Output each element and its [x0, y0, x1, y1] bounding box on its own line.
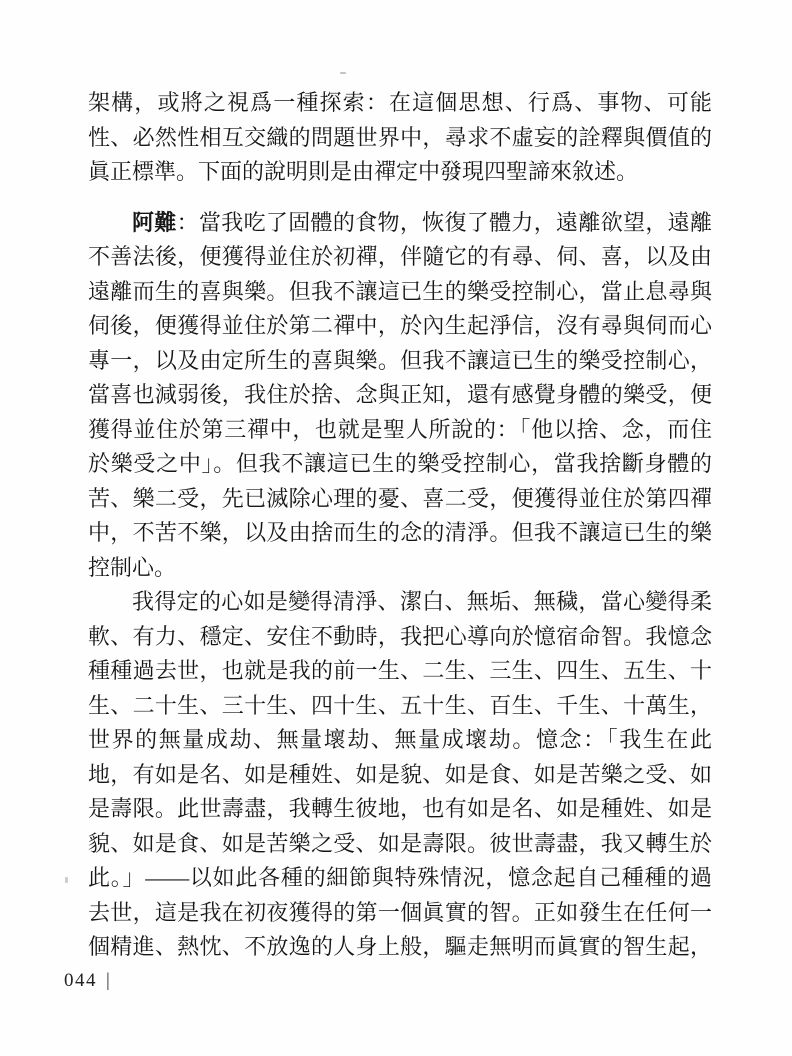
text-line: 貌、如是食、如是苦樂之受、如是壽限。彼世壽盡，我又轉生於 [88, 827, 712, 862]
text-line: 地，有如是名、如是種姓、如是貌、如是食、如是苦樂之受、如 [88, 758, 712, 793]
text-line: 此。」——以如此各種的細節與特殊情況，憶念起自己種種的過 [88, 861, 712, 896]
text-line: 伺後，便獲得並住於第二禪中，於內生起淨信，沒有尋與伺而心 [88, 309, 712, 344]
text-line: 我得定的心如是變得清淨、潔白、無垢、無穢，當心變得柔 [88, 585, 712, 620]
text-line: 遠離而生的喜與樂。但我不讓這已生的樂受控制心，當止息尋與 [88, 275, 712, 310]
text-line: 是壽限。此世壽盡，我轉生彼地，也有如是名、如是種姓、如是 [88, 792, 712, 827]
text-line: 不善法後，便獲得並住於初禪，伴隨它的有尋、伺、喜，以及由 [88, 240, 712, 275]
text-line: 專一，以及由定所生的喜與樂。但我不讓這已生的樂受控制心， [88, 344, 712, 379]
text-line: 中，不苦不樂，以及由捨而生的念的清淨。但我不讓這已生的樂 [88, 516, 712, 551]
footer-divider: | [97, 970, 111, 991]
text-line: 苦、樂二受，先已滅除心理的憂、喜二受，便獲得並住於第四禪 [88, 482, 712, 517]
text-line: 種種過去世，也就是我的前一生、二生、三生、四生、五生、十 [88, 654, 712, 689]
speaker-name: 阿難 [132, 210, 177, 235]
page-footer: 044| [64, 970, 111, 992]
paragraph-past-lives-knowledge: 我得定的心如是變得清淨、潔白、無垢、無穢，當心變得柔 軟、有力、穩定、安住不動時… [88, 585, 712, 965]
text-line: 去世，這是我在初夜獲得的第一個眞實的智。正如發生在任何一 [88, 896, 712, 931]
text-line: 性、必然性相互交織的問題世界中，尋求不虛妄的詮釋與價值的 [88, 121, 712, 156]
scan-artifact [65, 877, 68, 883]
paragraph-intro: 架構，或將之視爲一種探索：在這個思想、行爲、事物、可能 性、必然性相互交織的問題… [88, 86, 712, 190]
text-line: 生、二十生、三十生、四十生、五十生、百生、千生、十萬生， [88, 689, 712, 724]
text-line: 當喜也減弱後，我住於捨、念與正知，還有感覺身體的樂受，便 [88, 378, 712, 413]
paragraph-ananda-jhanas: 阿難：當我吃了固體的食物，恢復了體力，遠離欲望，遠離 不善法後，便獲得並住於初禪… [88, 206, 712, 586]
text-line: 眞正標準。下面的說明則是由禪定中發現四聖諦來敘述。 [88, 155, 712, 190]
text-line: 軟、有力、穩定、安住不動時，我把心導向於憶宿命智。我憶念 [88, 620, 712, 655]
text-line: 架構，或將之視爲一種探索：在這個思想、行爲、事物、可能 [88, 86, 712, 121]
text-line: 阿難：當我吃了固體的食物，恢復了體力，遠離欲望，遠離 [88, 206, 712, 241]
scan-artifact [340, 72, 346, 74]
book-page: 架構，或將之視爲一種探索：在這個思想、行爲、事物、可能 性、必然性相互交織的問題… [0, 0, 792, 1056]
page-number: 044 [64, 970, 97, 991]
text-line: 個精進、熱忱、不放逸的人身上般，驅走無明而眞實的智生起， [88, 930, 712, 965]
text-line: 世界的無量成劫、無量壞劫、無量成壞劫。憶念：「我生在此 [88, 723, 712, 758]
text-line: 控制心。 [88, 551, 712, 586]
text-line: 於樂受之中」。但我不讓這已生的樂受控制心，當我捨斷身體的 [88, 447, 712, 482]
text-line: 獲得並住於第三禪中，也就是聖人所說的：「他以捨、念，而住 [88, 413, 712, 448]
text-line-rest: ：當我吃了固體的食物，恢復了體力，遠離欲望，遠離 [177, 210, 712, 235]
page-body-text: 架構，或將之視爲一種探索：在這個思想、行爲、事物、可能 性、必然性相互交織的問題… [88, 86, 712, 965]
